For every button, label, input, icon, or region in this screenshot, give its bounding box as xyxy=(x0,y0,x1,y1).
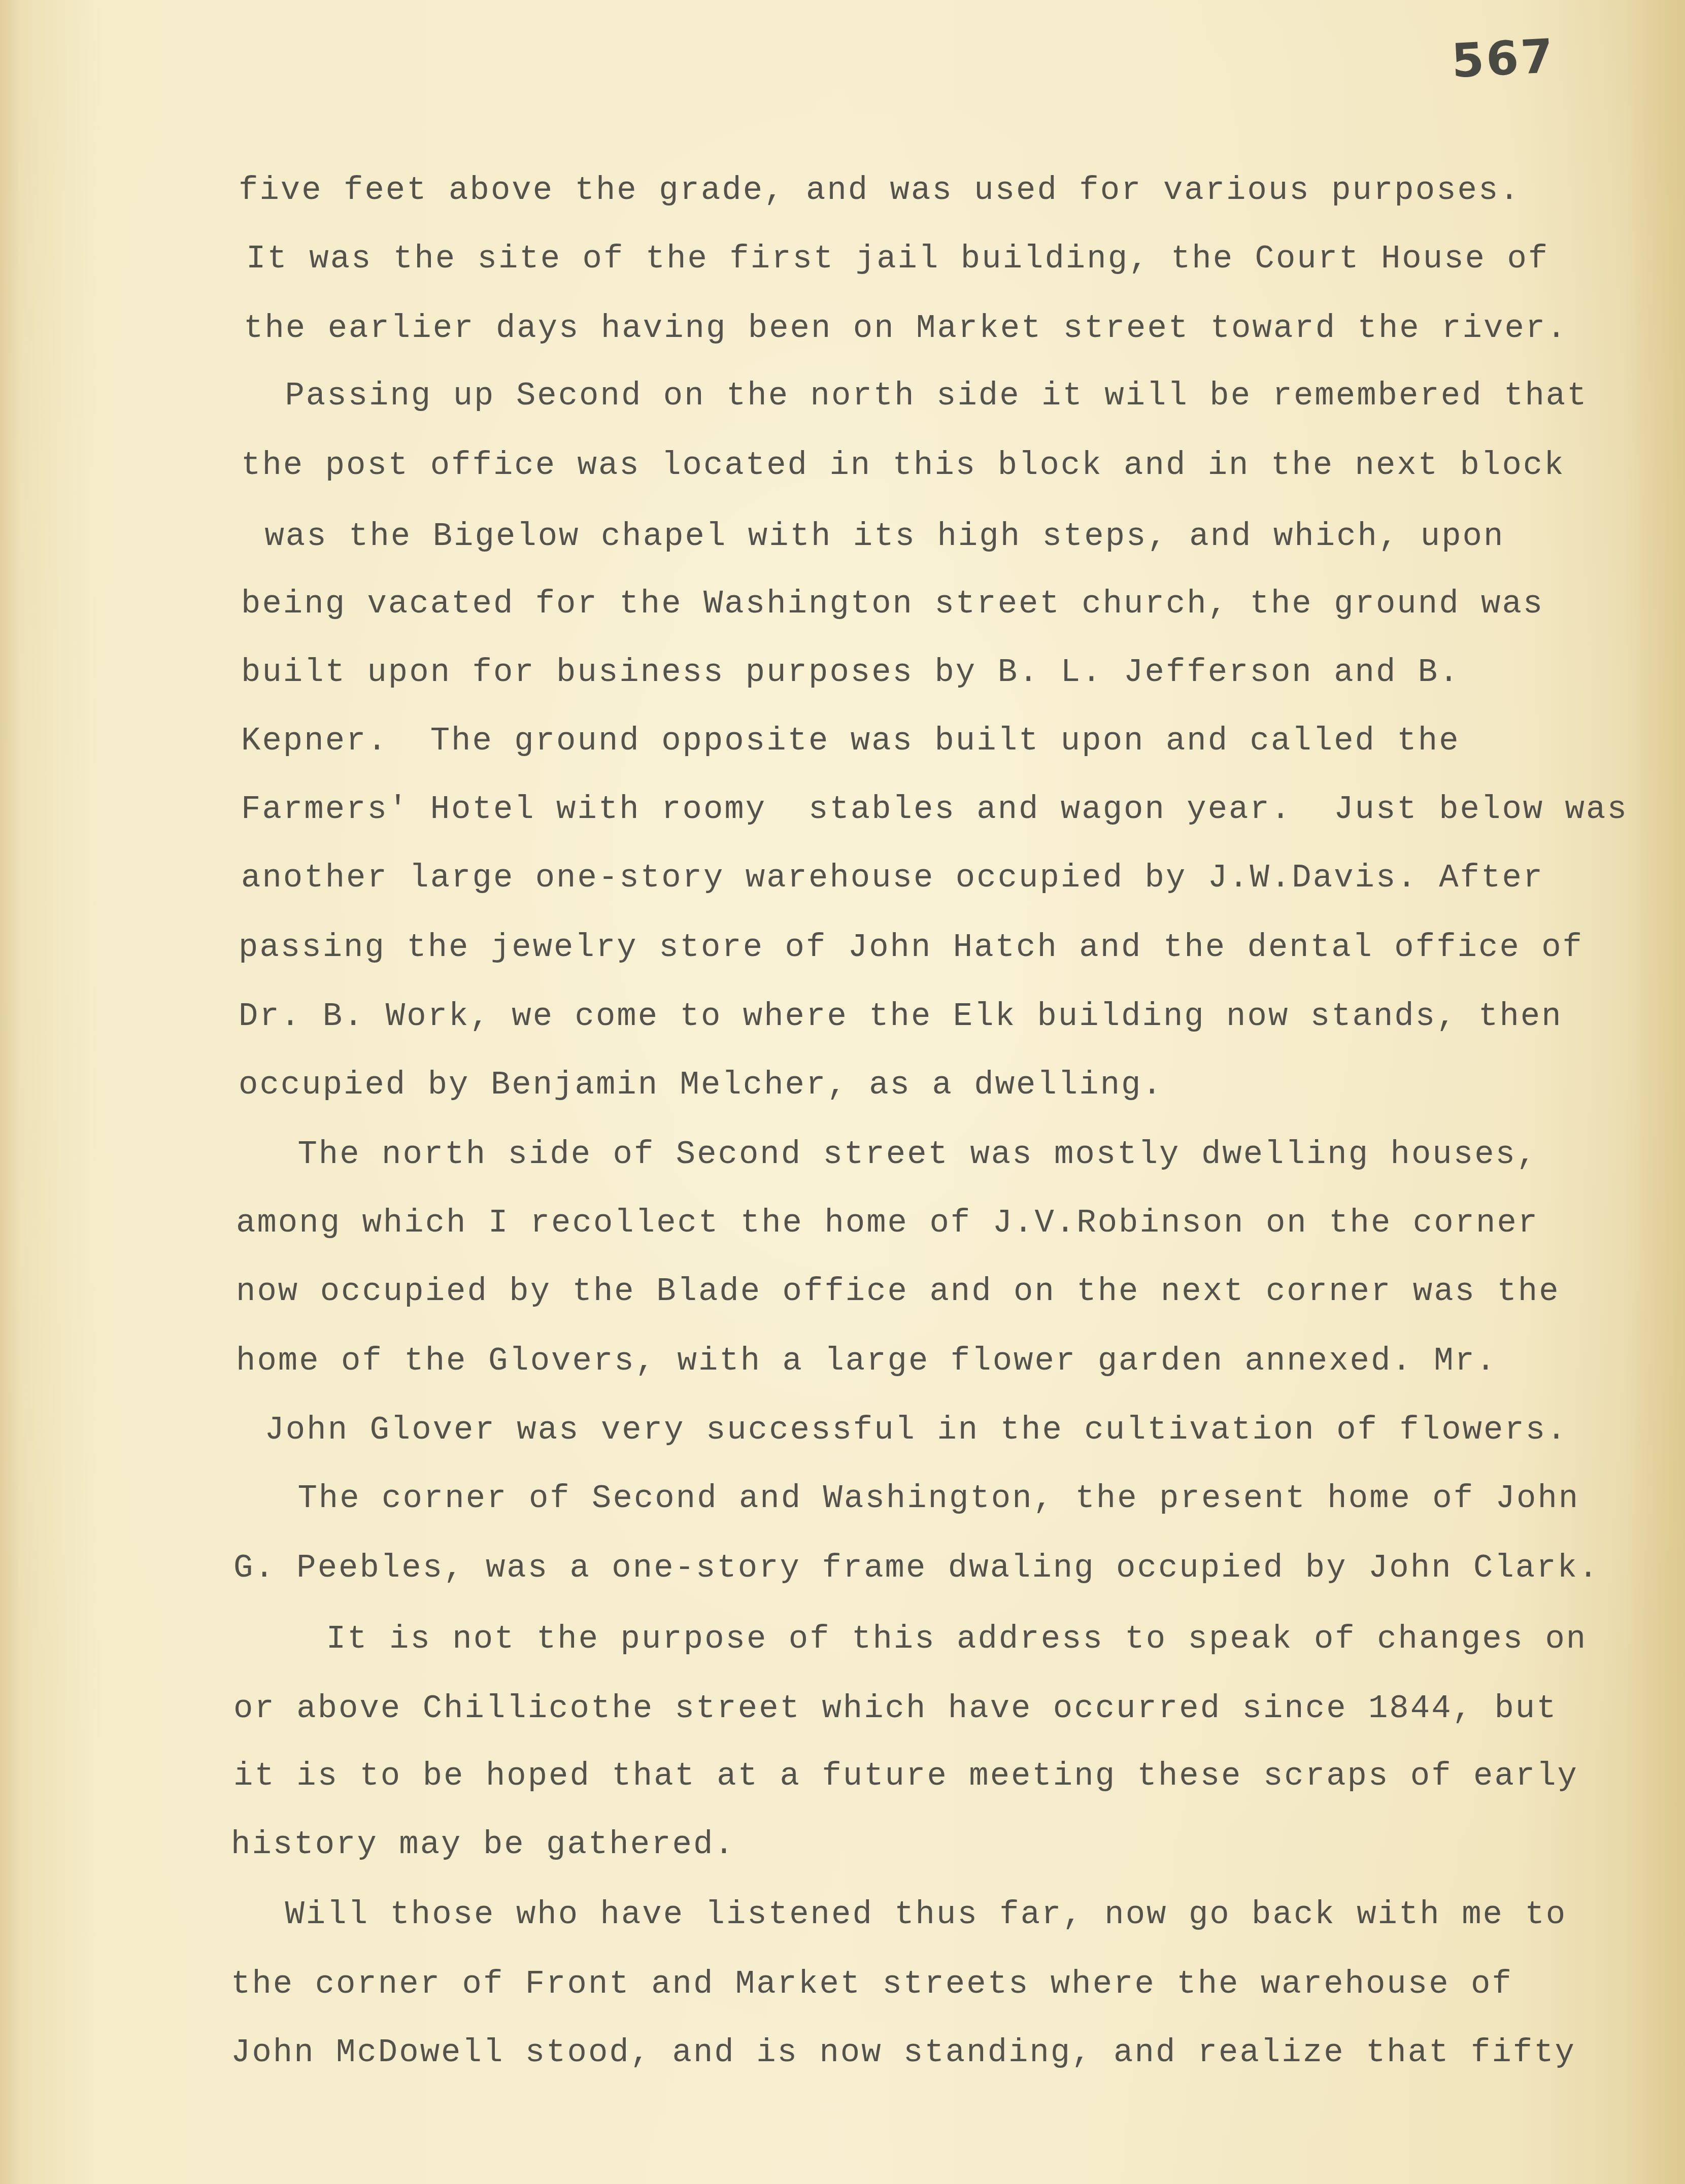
text-line: the post office was located in this bloc… xyxy=(241,448,1565,484)
typewritten-page: 567 five feet above the grade, and was u… xyxy=(0,0,1685,2184)
text-line: built upon for business purposes by B. L… xyxy=(241,655,1460,691)
text-line: Will those who have listened thus far, n… xyxy=(264,1897,1567,1933)
text-line: Dr. B. Work, we come to where the Elk bu… xyxy=(239,999,1563,1035)
text-line: among which I recollect the home of J.V.… xyxy=(236,1205,1539,1242)
text-line: occupied by Benjamin Melcher, as a dwell… xyxy=(239,1067,1163,1104)
text-line: the corner of Front and Market streets w… xyxy=(231,1966,1513,2003)
text-line: being vacated for the Washington street … xyxy=(241,586,1544,623)
text-line: another large one-story warehouse occupi… xyxy=(241,860,1544,897)
paper-right-edge xyxy=(1624,0,1685,2184)
text-line: The corner of Second and Washington, the… xyxy=(277,1481,1579,1517)
text-line: passing the jewelry store of John Hatch … xyxy=(239,930,1583,966)
text-line: Farmers' Hotel with roomy stables and wa… xyxy=(241,792,1628,828)
handwritten-page-number: 567 xyxy=(1450,29,1556,89)
text-line: Passing up Second on the north side it w… xyxy=(264,378,1588,415)
text-line: The north side of Second street was most… xyxy=(277,1137,1537,1173)
text-line: John McDowell stood, and is now standing… xyxy=(231,2035,1576,2071)
text-line: John Glover was very successful in the c… xyxy=(244,1412,1568,1449)
text-line: the earlier days having been on Market s… xyxy=(244,311,1568,347)
text-line: history may be gathered. xyxy=(231,1827,735,1863)
text-line: G. Peebles, was a one-story frame dwalin… xyxy=(233,1550,1599,1587)
text-line: It was the site of the first jail buildi… xyxy=(246,241,1549,278)
text-line: it is to be hoped that at a future meeti… xyxy=(233,1758,1578,1795)
text-line: Kepner. The ground opposite was built up… xyxy=(241,723,1460,760)
paper-left-edge xyxy=(0,0,20,2184)
text-line: now occupied by the Blade office and on … xyxy=(236,1274,1560,1310)
text-line: was the Bigelow chapel with its high ste… xyxy=(244,519,1504,555)
text-line: It is not the purpose of this address to… xyxy=(284,1621,1587,1658)
text-line: or above Chillicothe street which have o… xyxy=(233,1691,1558,1727)
text-line: five feet above the grade, and was used … xyxy=(239,173,1521,209)
text-line: home of the Glovers, with a large flower… xyxy=(236,1343,1497,1380)
